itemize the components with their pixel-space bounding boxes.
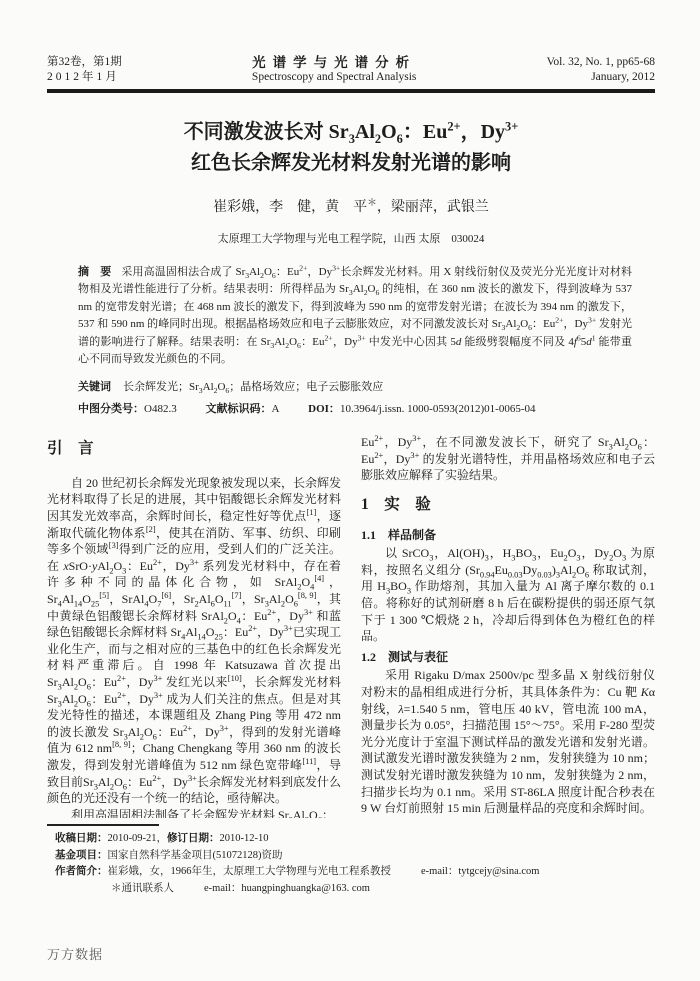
footnote-rule	[47, 824, 159, 826]
left-column: 引 言 自 20 世纪初长余辉发光现象被发现以来，长余辉发光材料取得了长足的进展…	[47, 434, 341, 818]
intro-paragraph-2-continued: Eu2+，Dy3+，在不同激发波长下，研究了 Sr3Al2O6：Eu2+，Dy3…	[361, 434, 655, 484]
publication-date-line: January, 2012	[547, 70, 655, 85]
fund-line: 基金项目：国家自然科学基金项目(51072128)资助	[47, 848, 655, 865]
clc-number: 中图分类号：O482.3	[78, 403, 177, 415]
document-code: 文献标识码：A	[205, 403, 279, 415]
affiliation-line: 太原理工大学物理与光电工程学院，山西 太原 030024	[47, 230, 655, 246]
paper-title-line2: 红色长余辉发光材料发射光谱的影响	[47, 148, 655, 179]
footnote-block: 收稿日期：2010-09-21，修订日期：2010-12-10 基金项目：国家自…	[47, 824, 655, 897]
abstract-paragraph: 摘 要采用高温固相法合成了 Sr3Al2O6：Eu2+，Dy3+长余辉发光材料。…	[78, 264, 632, 368]
issue-date-line: 2012年1月	[47, 70, 122, 85]
header-rule	[47, 89, 655, 93]
intro-paragraph-2-left: 利用高温固相法制备了长余辉发光材料 Sr3Al2O6：	[47, 807, 341, 819]
body-columns: 引 言 自 20 世纪初长余辉发光现象被发现以来，长余辉发光材料取得了长足的进展…	[47, 434, 655, 818]
characterization-heading: 1.2 测试与表征	[361, 649, 655, 666]
characterization-paragraph: 采用 Rigaku D/max 2500v/pc 型多晶 X 射线衍射仪对粉末的…	[361, 667, 655, 816]
keywords-line: 关键词长余辉发光；Sr3Al2O6；晶格场效应；电子云膨胀效应	[78, 379, 632, 396]
journal-title-en: Spectroscopy and Spectral Analysis	[252, 70, 416, 85]
corresponding-author-text: ＊通讯联系人	[111, 881, 174, 898]
paper-title-line1: 不同激发波长对 Sr3Al2O6：Eu2+，Dy3+	[47, 117, 655, 148]
authors-line: 崔彩娥，李 健，黄 平＊，梁丽萍，武银兰	[47, 196, 655, 216]
doi: DOI：10.3964/j.issn. 1000-0593(2012)01-00…	[308, 403, 535, 415]
author-bio-line: 作者简介：崔彩娥，女，1966年生，太原理工大学物理与光电工程系教授 e-mai…	[47, 864, 655, 881]
intro-paragraph-1: 自 20 世纪初长余辉发光现象被发现以来，长余辉发光材料取得了长足的进展，其中铝…	[47, 475, 341, 807]
wanfang-watermark: 万方数据	[47, 944, 103, 963]
abstract-label: 摘 要	[78, 266, 111, 278]
abstract-text: 采用高温固相法合成了 Sr3Al2O6：Eu2+，Dy3+长余辉发光材料。用 X…	[78, 266, 632, 365]
volume-issue-line: 第32卷，第1期	[47, 55, 122, 70]
experiment-heading: 1 实 验	[361, 496, 655, 515]
author-bio-email: e-mail：tytgcejy@sina.com	[421, 864, 539, 881]
classification-line: 中图分类号：O482.3 文献标识码：A DOI：10.3964/j.issn.…	[78, 401, 632, 418]
journal-header: 第32卷，第1期 2012年1月 光谱学与光谱分析 Spectroscopy a…	[47, 55, 655, 85]
corresponding-author-line: ＊通讯联系人 e-mail：huangpinghuangka@163. com	[47, 881, 655, 898]
volume-issue-info: 第32卷，第1期 2012年1月	[47, 55, 122, 85]
sample-preparation-paragraph: 以 SrCO3，Al(OH)3，H3BO3，Eu2O3，Dy2O3 为原料，按照…	[361, 545, 655, 645]
keywords-text: 长余辉发光；Sr3Al2O6；晶格场效应；电子云膨胀效应	[123, 381, 383, 393]
corresponding-author-email: e-mail：huangpinghuangka@163. com	[204, 881, 370, 898]
journal-title-block: 光谱学与光谱分析 Spectroscopy and Spectral Analy…	[252, 55, 416, 85]
author-bio-text: 作者简介：崔彩娥，女，1966年生，太原理工大学物理与光电工程系教授	[55, 864, 391, 881]
abstract-section: 摘 要采用高温固相法合成了 Sr3Al2O6：Eu2+，Dy3+长余辉发光材料。…	[47, 264, 655, 418]
intro-heading: 引 言	[47, 440, 341, 459]
sample-preparation-heading: 1.1 样品制备	[361, 527, 655, 544]
journal-title-cn: 光谱学与光谱分析	[252, 55, 416, 70]
paper-title: 不同激发波长对 Sr3Al2O6：Eu2+，Dy3+ 红色长余辉发光材料发射光谱…	[47, 117, 655, 179]
volume-pages-line: Vol. 32, No. 1, pp65-68	[547, 55, 655, 70]
scanned-paper-page: 第32卷，第1期 2012年1月 光谱学与光谱分析 Spectroscopy a…	[0, 0, 700, 981]
volume-pages-info: Vol. 32, No. 1, pp65-68 January, 2012	[547, 55, 655, 85]
received-date-line: 收稿日期：2010-09-21，修订日期：2010-12-10	[47, 831, 655, 848]
right-column: Eu2+，Dy3+，在不同激发波长下，研究了 Sr3Al2O6：Eu2+，Dy3…	[361, 434, 655, 818]
keywords-label: 关键词	[78, 381, 111, 393]
